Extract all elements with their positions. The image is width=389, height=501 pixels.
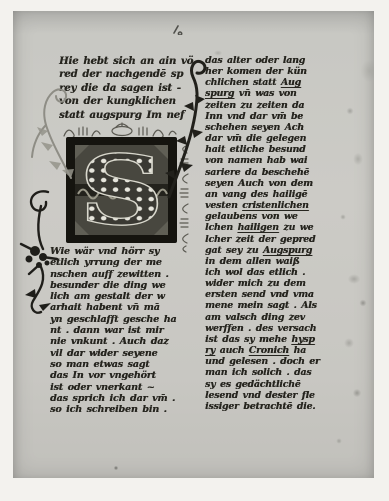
illuminated-initial-s: S (66, 137, 177, 243)
text-line: lesend vnd dester fle (205, 390, 349, 401)
text-line: ist oder vnerkant ~ (50, 382, 192, 393)
text-line: ry auch Cronich ha (205, 345, 349, 356)
text-line: nie vnkunt . Auch daz (50, 336, 192, 347)
text-line: Inn vnd dar vm̄ be (205, 111, 349, 122)
text-line: zeiten zu zeiten da (205, 100, 349, 111)
text-line: gelaubens von we (205, 211, 349, 222)
text-line: lich am gestalt der w (50, 291, 192, 302)
text-line: hait etliche besund (205, 144, 349, 155)
text-line: nt . dann war ist mir (50, 325, 192, 336)
right-column-text: das alter oder langher komen der künchli… (205, 55, 349, 412)
text-line: rey die da sagen ist - (59, 82, 191, 95)
text-line: von der kungklichen (59, 95, 191, 108)
text-line: vesten cristenlichen (205, 200, 349, 211)
text-line: das In vor vngehört (50, 370, 192, 381)
text-line: her komen der kün (205, 66, 349, 77)
penwork-right-ornament (176, 141, 192, 253)
text-line: ist das sy mehe hysp (205, 334, 349, 345)
top-ink-mark (171, 23, 187, 35)
manuscript-photo: Hie hebt sich an ain vöred der nachgendē… (13, 11, 374, 478)
text-line: seyen Auch von dem (205, 178, 349, 189)
text-line: chlichen statt Aug (205, 77, 349, 88)
left-column-upper-text: Hie hebt sich an ain vöred der nachgendē… (59, 55, 191, 122)
text-line: das sprich ich dar vm̄ . (50, 393, 192, 404)
text-line: das alter oder lang (205, 55, 349, 66)
text-line: in dem allen waiß (205, 256, 349, 267)
text-line: ersten send vnd vma (205, 289, 349, 300)
text-line: an vang des hailigē (205, 189, 349, 200)
text-line: Hie hebt sich an ain vö (59, 55, 191, 68)
left-column-lower-text: Wie wär vnd hörr syetlich yrrung der men… (50, 246, 192, 415)
text-line: schehen seyen Ach (205, 122, 349, 133)
text-line: Wie wär vnd hörr sy (50, 246, 192, 257)
text-line: vil dar wider seyene (50, 348, 192, 359)
text-line: spurg vn̄ was von (205, 88, 349, 99)
text-line: dar vm̄ die gelegen (205, 133, 349, 144)
scanned-manuscript-page: { "initial": { "letter": "S" }, "colors"… (0, 0, 389, 501)
text-line: wider mich zu dem (205, 278, 349, 289)
text-line: werffen . des versach (205, 323, 349, 334)
text-line: issiger betrachtē die. (205, 401, 349, 412)
text-line: mene mein sagt . Als (205, 300, 349, 311)
text-line: statt augspurg Im nef (59, 109, 191, 122)
initial-letter: S (80, 137, 164, 243)
text-line: yn geschlafft gesche ha (50, 314, 192, 325)
text-line: so ich schreiben bin . (50, 404, 192, 415)
text-line: lcher zeit der gepred (205, 234, 349, 245)
text-line: etlich yrrung der me (50, 257, 192, 268)
text-line: sy es gedächtlichē (205, 379, 349, 390)
text-line: arhait habent vn̄ mā (50, 302, 192, 313)
text-line: am valsch ding zev (205, 312, 349, 323)
text-line: so man etwas sagt (50, 359, 192, 370)
text-line: sariere da beschehē (205, 167, 349, 178)
text-line: und gelesen . doch er (205, 356, 349, 367)
text-line: nschen auff zewitten . (50, 269, 192, 280)
text-line: gat sey zu Augspurg (205, 245, 349, 256)
penwork-top-ornament (61, 122, 185, 140)
text-line: besunder die ding we (50, 280, 192, 291)
text-line: red der nachgendē sp (59, 68, 191, 81)
text-line: lchen hailigen zu we (205, 222, 349, 233)
text-line: ich wol das etlich . (205, 267, 349, 278)
text-line: von namen hab wai (205, 155, 349, 166)
text-line: man ich solich . das (205, 367, 349, 378)
